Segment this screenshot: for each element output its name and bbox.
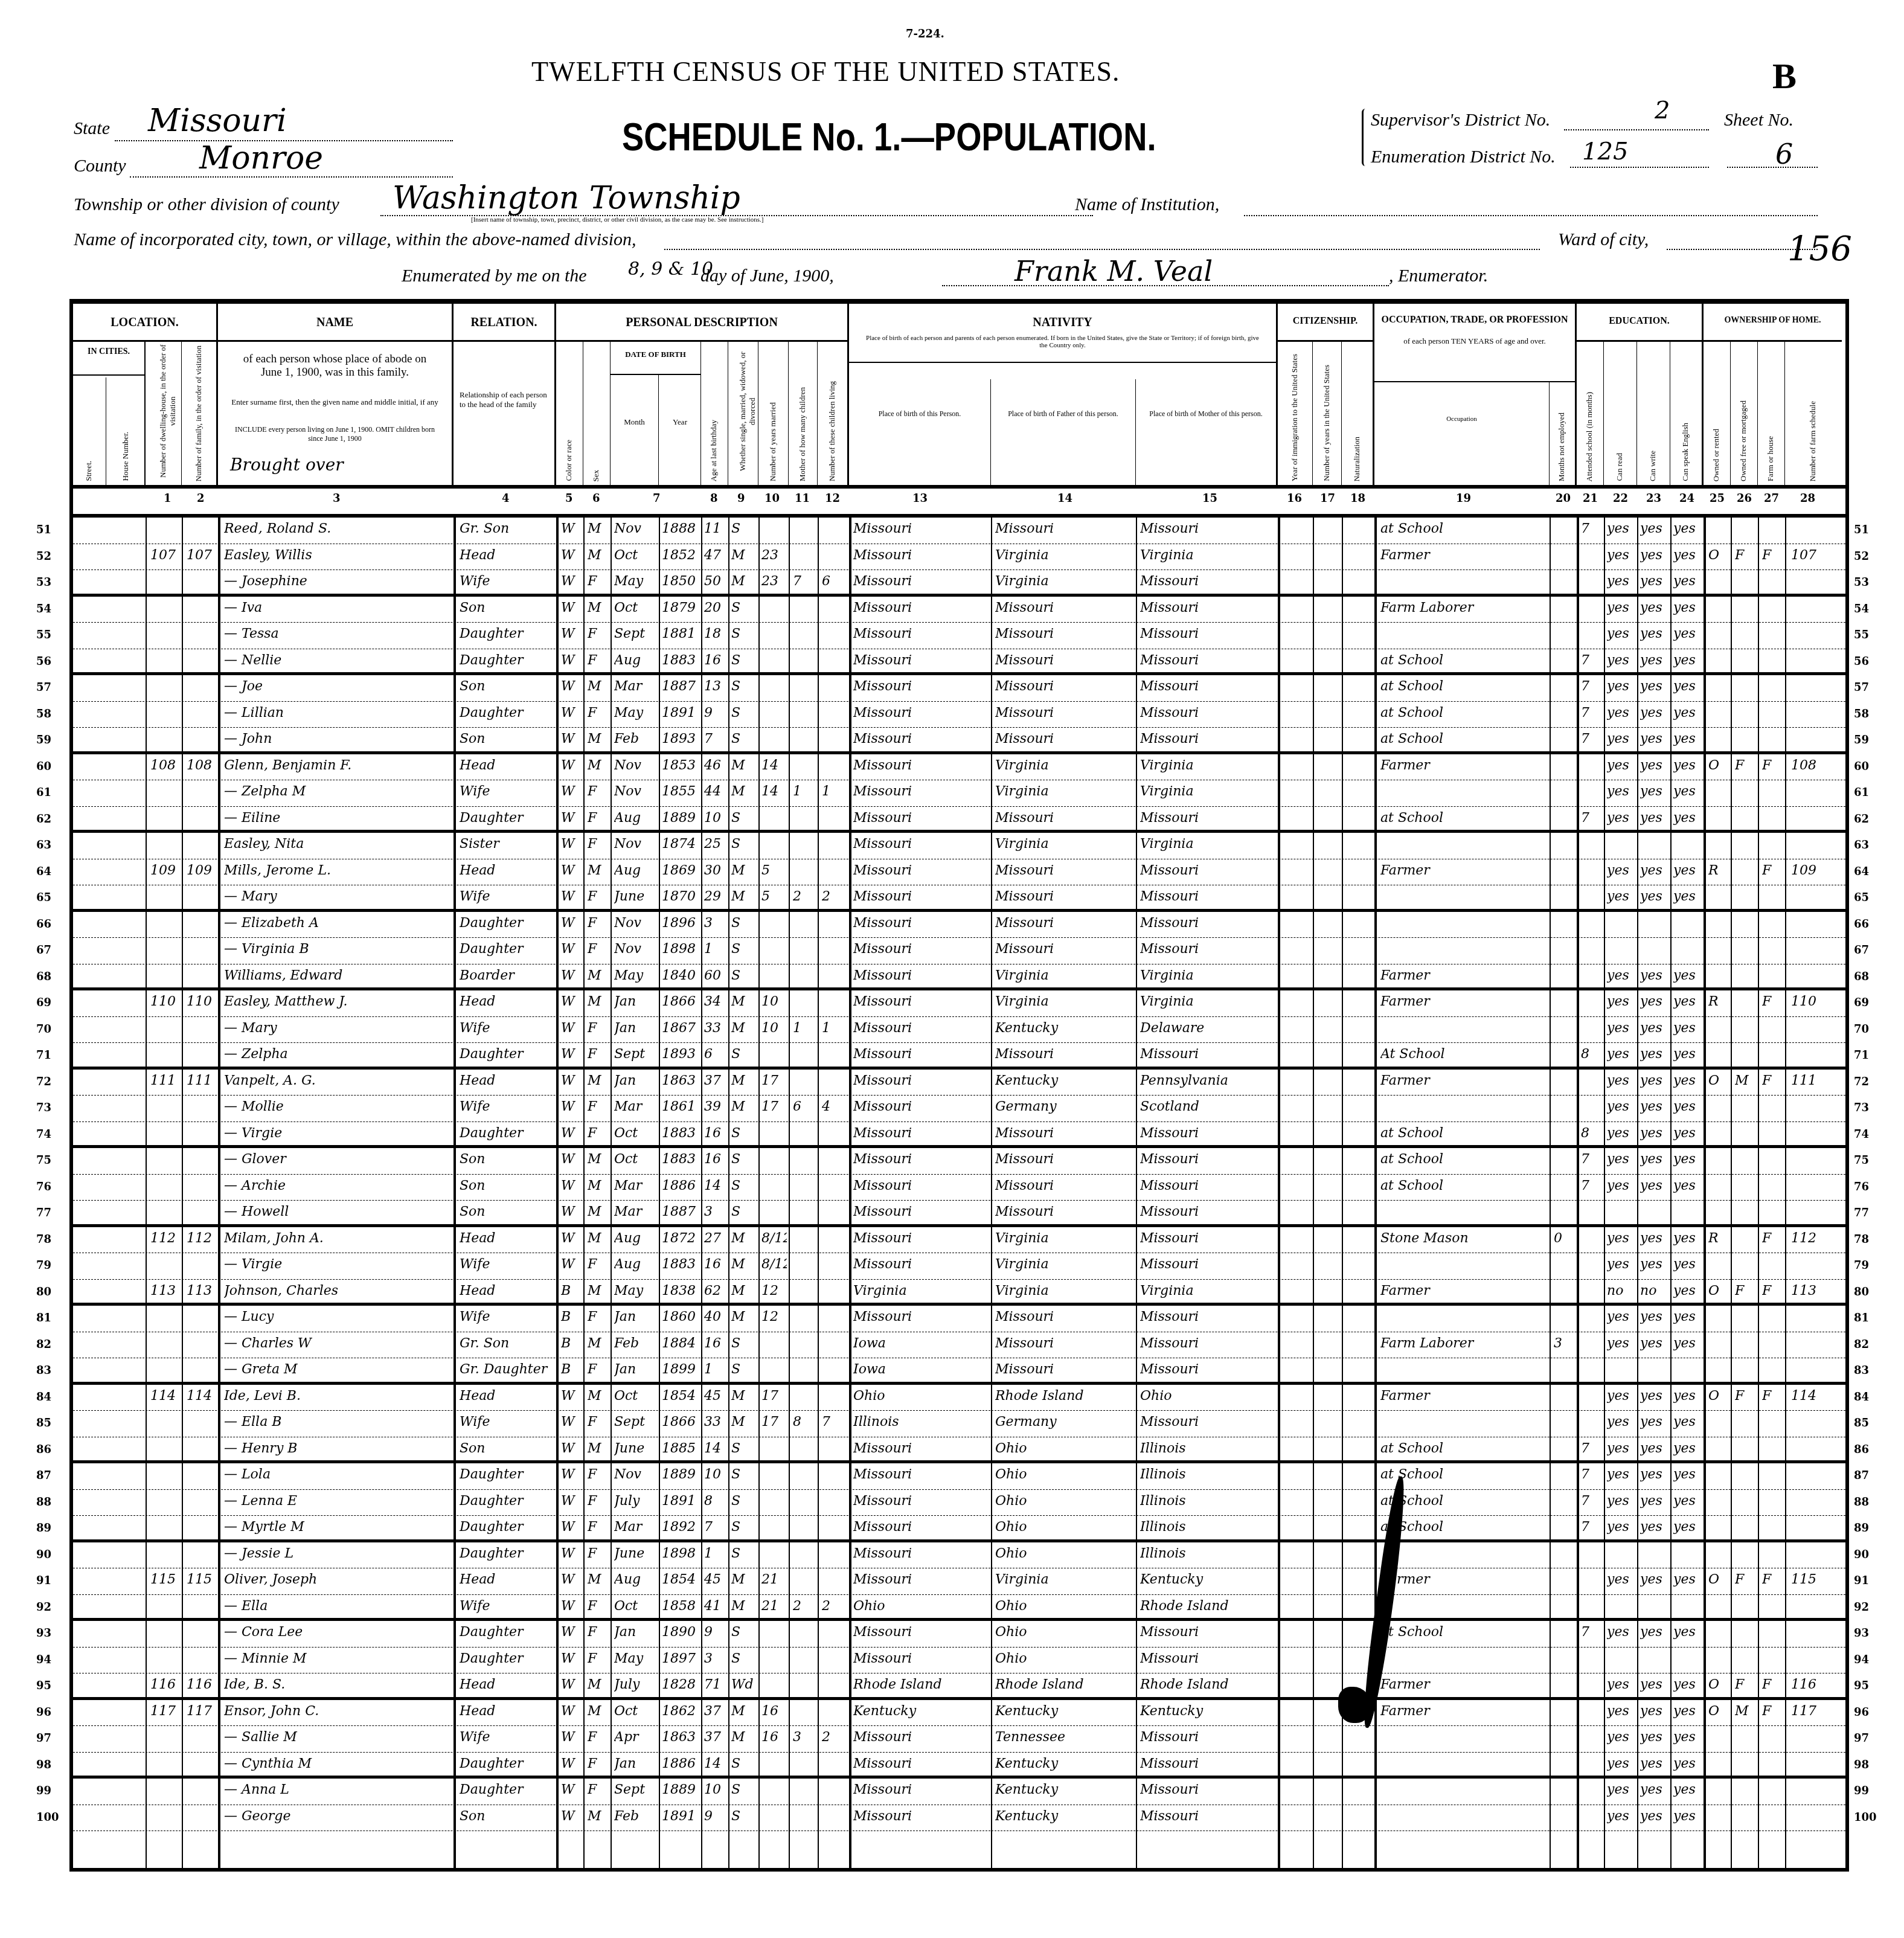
cell-age: 27 (704, 1231, 727, 1246)
cell-dwelling: 112 (150, 1231, 181, 1246)
cell-year: 1863 (662, 1730, 699, 1745)
cell-color: W (561, 1021, 582, 1036)
sheet-line (1727, 167, 1818, 168)
cell-occupation: at School (1380, 705, 1547, 720)
table-row: — VirgieWifeWFAug188316M8/12MissouriVirg… (73, 1253, 1845, 1280)
cell-marital: S (731, 1047, 757, 1062)
cell-pob: Missouri (853, 1756, 989, 1771)
cell-color: W (561, 626, 582, 641)
line-number-right: 97 (1854, 1732, 1869, 1745)
line-number-left: 80 (36, 1286, 51, 1298)
cell-read: yes (1607, 1704, 1636, 1719)
cell-pob-mother: Illinois (1140, 1441, 1276, 1456)
cell-sex: F (588, 626, 609, 641)
cell-pob: Missouri (853, 705, 989, 720)
cell-year: 1898 (662, 942, 699, 957)
line-number-right: 77 (1854, 1207, 1869, 1219)
cell-write: yes (1640, 1809, 1669, 1824)
cell-pob-father: Missouri (995, 1126, 1134, 1141)
cell-school: 7 (1581, 1441, 1602, 1456)
cell-mother-of: 8 (793, 1414, 816, 1429)
cell-age: 11 (704, 521, 727, 536)
cell-pob-father: Tennessee (995, 1730, 1134, 1745)
cell-write: yes (1640, 1625, 1669, 1640)
cell-age: 20 (704, 600, 727, 615)
cell-name: — Zelpha (224, 1047, 450, 1062)
cell-speak: yes (1673, 1152, 1702, 1167)
cell-pob-mother: Illinois (1140, 1494, 1276, 1509)
ward-label: Ward of city, (1558, 229, 1649, 250)
cell-relation: Daughter (460, 1126, 553, 1141)
line-number-right: 69 (1854, 996, 1869, 1009)
cell-year: 1885 (662, 1441, 699, 1456)
cell-school: 7 (1581, 679, 1602, 694)
cell-free: F (1735, 758, 1756, 773)
cell-month: Nov (614, 916, 656, 931)
line-number-right: 99 (1854, 1785, 1869, 1797)
cell-write: yes (1640, 1519, 1669, 1535)
cell-name: — Glover (224, 1152, 450, 1167)
cell-sex: F (588, 810, 609, 826)
cell-farm: F (1762, 1231, 1783, 1246)
line-number-left: 90 (36, 1548, 51, 1561)
cell-marital: M (731, 994, 757, 1009)
table-row: — NellieDaughterWFAug188316SMissouriMiss… (73, 649, 1845, 676)
cell-occupation: at School (1380, 679, 1547, 694)
state-value: Missouri (148, 103, 287, 139)
line-number-left: 52 (36, 550, 51, 563)
line-number-right: 63 (1854, 839, 1869, 852)
table-row: — HowellSonWMMar18873SMissouriMissouriMi… (73, 1201, 1845, 1227)
cell-relation: Daughter (460, 1519, 553, 1535)
cell-relation: Head (460, 758, 553, 773)
cell-name: — George (224, 1809, 450, 1824)
cell-read: yes (1607, 1126, 1636, 1141)
table-row: — Cynthia MDaughterWFJan188614SMissouriK… (73, 1753, 1845, 1779)
cell-pob: Missouri (853, 1730, 989, 1745)
cell-relation: Wife (460, 1021, 553, 1036)
table-row: Reed, Roland S.Gr. SonWMNov188811SMissou… (73, 518, 1845, 544)
cell-pob-mother: Virginia (1140, 836, 1276, 852)
cell-name: Johnson, Charles (224, 1283, 450, 1298)
cell-yrs-married: 17 (761, 1388, 787, 1404)
cell-pob-mother: Ohio (1140, 1388, 1276, 1404)
cell-occupation: Farmer (1380, 994, 1547, 1009)
line-number-right: 98 (1854, 1759, 1869, 1771)
cell-month: Mar (614, 1178, 656, 1193)
cell-color: W (561, 1467, 582, 1482)
cell-color: W (561, 836, 582, 852)
cell-color: W (561, 1414, 582, 1429)
cell-month: May (614, 1651, 656, 1666)
cell-write: yes (1640, 1336, 1669, 1351)
cell-month: Oct (614, 548, 656, 563)
supervisor-value: 2 (1655, 97, 1670, 124)
table-row: — VirgieDaughterWFOct188316SMissouriMiss… (73, 1122, 1845, 1149)
cell-pob: Missouri (853, 1204, 989, 1219)
cell-write: yes (1640, 1073, 1669, 1088)
line-number-right: 93 (1854, 1627, 1869, 1640)
line-number-right: 72 (1854, 1076, 1869, 1088)
cell-pob-mother: Missouri (1140, 916, 1276, 931)
cell-pob-mother: Rhode Island (1140, 1677, 1276, 1692)
cell-pob: Missouri (853, 1625, 989, 1640)
cell-pob-mother: Illinois (1140, 1519, 1276, 1535)
cell-speak: yes (1673, 1099, 1702, 1114)
line-number-right: 82 (1854, 1338, 1869, 1351)
cell-speak: yes (1673, 1388, 1702, 1404)
cell-living: 6 (822, 574, 846, 589)
table-row: 117117Ensor, John C.HeadWMOct186237M16Ke… (73, 1700, 1845, 1727)
cell-pob-father: Kentucky (995, 1756, 1134, 1771)
column-number-row: 1 2 3 4 5 6 7 8 9 10 11 12 13 14 15 16 1… (73, 485, 1845, 518)
cell-yrs-married: 8/12 (761, 1257, 787, 1272)
cell-relation: Gr. Son (460, 521, 553, 536)
cell-sex: F (588, 1257, 609, 1272)
cell-name: — Virgie (224, 1126, 450, 1141)
cell-year: 1881 (662, 626, 699, 641)
cell-pob: Missouri (853, 1099, 989, 1114)
cell-name: Easley, Willis (224, 548, 450, 563)
cell-pob: Missouri (853, 1441, 989, 1456)
cell-school: 7 (1581, 810, 1602, 826)
line-number-left: 72 (36, 1076, 51, 1088)
cell-marital: S (731, 1441, 757, 1456)
cell-write: yes (1640, 1126, 1669, 1141)
cell-pob-mother: Virginia (1140, 548, 1276, 563)
district-brace (1362, 109, 1365, 166)
cell-pob: Missouri (853, 1073, 989, 1088)
cell-color: W (561, 1730, 582, 1745)
table-row: 110110Easley, Matthew J.HeadWMJan186634M… (73, 990, 1845, 1017)
cell-sex: F (588, 705, 609, 720)
cell-year: 1889 (662, 1782, 699, 1797)
line-number-left: 99 (36, 1785, 51, 1797)
cell-color: W (561, 1494, 582, 1509)
cell-yrs-married: 14 (761, 758, 787, 773)
table-row: — TessaDaughterWFSept188118SMissouriMiss… (73, 623, 1845, 649)
sheet-label: Sheet No. (1724, 110, 1793, 130)
cell-read: yes (1607, 1388, 1636, 1404)
cell-pob-father: Rhode Island (995, 1388, 1134, 1404)
cell-sex: M (588, 600, 609, 615)
cell-speak: yes (1673, 705, 1702, 720)
cell-sex: M (588, 1388, 609, 1404)
cell-pob-mother: Missouri (1140, 705, 1276, 720)
cell-year: 1883 (662, 1257, 699, 1272)
cell-occupation: Farmer (1380, 1388, 1547, 1404)
line-number-left: 74 (36, 1128, 51, 1141)
cell-pob-father: Virginia (995, 1231, 1134, 1246)
cell-pob: Iowa (853, 1336, 989, 1351)
line-number-right: 64 (1854, 865, 1869, 878)
cell-pob-mother: Missouri (1140, 1178, 1276, 1193)
cell-pob-father: Missouri (995, 731, 1134, 746)
cell-year: 1863 (662, 1073, 699, 1088)
cell-write: yes (1640, 968, 1669, 983)
cell-family: 109 (187, 863, 217, 878)
table-row: — Cora LeeDaughterWFJan18909SMissouriOhi… (73, 1621, 1845, 1648)
cell-pob-father: Virginia (995, 968, 1134, 983)
line-number-left: 57 (36, 681, 51, 694)
cell-year: 1872 (662, 1231, 699, 1246)
cell-month: Oct (614, 1599, 656, 1614)
cell-age: 10 (704, 1467, 727, 1482)
cell-month: Aug (614, 810, 656, 826)
cell-pob: Missouri (853, 863, 989, 878)
table-row: — Virginia BDaughterWFNov18981SMissouriM… (73, 938, 1845, 964)
cell-write: yes (1640, 653, 1669, 668)
line-number-left: 87 (36, 1469, 51, 1482)
cell-color: W (561, 1441, 582, 1456)
cell-pob: Missouri (853, 731, 989, 746)
line-number-right: 53 (1854, 576, 1869, 589)
cell-age: 3 (704, 1651, 727, 1666)
cell-write: yes (1640, 1388, 1669, 1404)
cell-marital: M (731, 574, 757, 589)
cell-age: 62 (704, 1283, 727, 1298)
cell-pob: Ohio (853, 1599, 989, 1614)
table-row: 111111Vanpelt, A. G.HeadWMJan186337M17Mi… (73, 1070, 1845, 1096)
cell-occupation: Farmer (1380, 1283, 1547, 1298)
cell-speak: yes (1673, 1467, 1702, 1482)
line-number-left: 91 (36, 1574, 51, 1587)
cell-relation: Daughter (460, 1651, 553, 1666)
line-number-right: 58 (1854, 708, 1869, 720)
county-value: Monroe (199, 140, 323, 176)
supervisor-line (1564, 129, 1709, 130)
cell-farm: F (1762, 1073, 1783, 1088)
cell-name: Oliver, Joseph (224, 1572, 450, 1587)
cell-sex: M (588, 1809, 609, 1824)
cell-pob-mother: Missouri (1140, 626, 1276, 641)
cell-read: yes (1607, 1073, 1636, 1088)
table-row: — JoeSonWMMar188713SMissouriMissouriMiss… (73, 675, 1845, 702)
cell-speak: yes (1673, 1677, 1702, 1692)
cell-speak: yes (1673, 1704, 1702, 1719)
cell-free: F (1735, 1572, 1756, 1587)
cell-name: Ide, Levi B. (224, 1388, 450, 1404)
header-occupation: OCCUPATION, TRADE, OR PROFESSION of each… (1374, 304, 1577, 485)
cell-month: Jan (614, 994, 656, 1009)
cell-marital: M (731, 889, 757, 904)
cell-name: — Mary (224, 1021, 450, 1036)
cell-pob-father: Virginia (995, 784, 1134, 799)
cell-year: 1886 (662, 1756, 699, 1771)
line-number-left: 67 (36, 944, 51, 957)
line-number-right: 91 (1854, 1574, 1869, 1587)
cell-month: Oct (614, 600, 656, 615)
table-row: — Minnie MDaughterWFMay18973SMissouriOhi… (73, 1648, 1845, 1674)
cell-pob: Missouri (853, 758, 989, 773)
cell-name: — Charles W (224, 1336, 450, 1351)
cell-occupation: at School (1380, 1126, 1547, 1141)
cell-family: 113 (187, 1283, 217, 1298)
cell-read: yes (1607, 731, 1636, 746)
cell-age: 41 (704, 1599, 727, 1614)
cell-pob-father: Germany (995, 1099, 1134, 1114)
sheet-letter: B (1772, 56, 1797, 97)
cell-yrs-married: 14 (761, 784, 787, 799)
cell-pob-mother: Missouri (1140, 863, 1276, 878)
cell-free: F (1735, 1677, 1756, 1692)
cell-relation: Daughter (460, 653, 553, 668)
table-row: 114114Ide, Levi B.HeadWMOct185445M17Ohio… (73, 1385, 1845, 1411)
line-number-left: 85 (36, 1417, 51, 1429)
cell-pob: Missouri (853, 1126, 989, 1141)
cell-living: 1 (822, 784, 846, 799)
cell-schedule: 116 (1791, 1677, 1839, 1692)
cell-pob: Missouri (853, 810, 989, 826)
table-row: — ZelphaDaughterWFSept18936SMissouriMiss… (73, 1043, 1845, 1070)
cell-relation: Daughter (460, 1047, 553, 1062)
cell-marital: S (731, 1152, 757, 1167)
cell-relation: Wife (460, 1309, 553, 1324)
cell-farm: F (1762, 1388, 1783, 1404)
cell-pob-mother: Scotland (1140, 1099, 1276, 1114)
cell-read: yes (1607, 705, 1636, 720)
cell-sex: F (588, 1494, 609, 1509)
cell-sex: M (588, 758, 609, 773)
cell-marital: S (731, 1336, 757, 1351)
cell-relation: Wife (460, 1257, 553, 1272)
cell-marital: S (731, 1178, 757, 1193)
cell-write: no (1640, 1283, 1669, 1298)
cell-occupation: Farm Laborer (1380, 1336, 1547, 1351)
cell-pob-mother: Missouri (1140, 574, 1276, 589)
cell-relation: Head (460, 548, 553, 563)
cell-schedule: 113 (1791, 1283, 1839, 1298)
header-name: NAME of each person whose place of abode… (218, 304, 454, 485)
cell-speak: yes (1673, 1309, 1702, 1324)
cell-speak: yes (1673, 521, 1702, 536)
cell-living: 4 (822, 1099, 846, 1114)
cell-pob-mother: Missouri (1140, 679, 1276, 694)
cell-pob: Missouri (853, 889, 989, 904)
table-row: — Charles WGr. SonBMFeb188416SIowaMissou… (73, 1332, 1845, 1359)
line-number-left: 78 (36, 1233, 51, 1246)
cell-schedule: 117 (1791, 1704, 1839, 1719)
cell-marital: S (731, 626, 757, 641)
cell-marital: Wd (731, 1677, 757, 1692)
cell-pob-father: Ohio (995, 1625, 1134, 1640)
table-header: LOCATION. IN CITIES. Street. House Numbe… (73, 304, 1845, 489)
cell-name: Ide, B. S. (224, 1677, 450, 1692)
cell-relation: Gr. Son (460, 1336, 553, 1351)
line-number-left: 75 (36, 1154, 51, 1167)
line-number-right: 71 (1854, 1049, 1869, 1062)
cell-read: yes (1607, 1309, 1636, 1324)
cell-relation: Son (460, 1204, 553, 1219)
cell-year: 1890 (662, 1625, 699, 1640)
cell-farm: F (1762, 1677, 1783, 1692)
cell-pob-father: Missouri (995, 1336, 1134, 1351)
table-row: Easley, NitaSisterWFNov187425SMissouriVi… (73, 833, 1845, 859)
cell-family: 108 (187, 758, 217, 773)
cell-name: — Greta M (224, 1362, 450, 1377)
cell-sex: F (588, 574, 609, 589)
cell-mother-of: 2 (793, 1599, 816, 1614)
cell-pob-father: Ohio (995, 1467, 1134, 1482)
cell-read: yes (1607, 1809, 1636, 1824)
cell-month: Nov (614, 1467, 656, 1482)
cell-relation: Wife (460, 784, 553, 799)
cell-name: — Archie (224, 1178, 450, 1193)
cell-read: yes (1607, 1572, 1636, 1587)
cell-age: 10 (704, 1782, 727, 1797)
cell-sex: M (588, 548, 609, 563)
cell-write: yes (1640, 1309, 1669, 1324)
cell-pob-father: Missouri (995, 1047, 1134, 1062)
cell-speak: yes (1673, 1494, 1702, 1509)
cell-read: yes (1607, 600, 1636, 615)
header-personal-description: PERSONAL DESCRIPTION Color or race Sex D… (556, 304, 849, 485)
cell-name: — Ella (224, 1599, 450, 1614)
cell-year: 1889 (662, 810, 699, 826)
line-number-right: 65 (1854, 891, 1869, 904)
line-number-left: 51 (36, 524, 51, 536)
cell-write: yes (1640, 574, 1669, 589)
table-row: — Zelpha MWifeWFNov185544M1411MissouriVi… (73, 780, 1845, 807)
cell-pob-father: Virginia (995, 836, 1134, 852)
cell-month: Aug (614, 1231, 656, 1246)
cell-relation: Gr. Daughter (460, 1362, 553, 1377)
cell-read: yes (1607, 1677, 1636, 1692)
cell-farm: F (1762, 1283, 1783, 1298)
cell-year: 1838 (662, 1283, 699, 1298)
cell-marital: M (731, 1730, 757, 1745)
line-number-right: 68 (1854, 971, 1869, 983)
cell-pob-mother: Missouri (1140, 1309, 1276, 1324)
cell-marital: S (731, 1126, 757, 1141)
cell-owned: R (1708, 1231, 1729, 1246)
cell-pob: Missouri (853, 784, 989, 799)
cell-speak: yes (1673, 1257, 1702, 1272)
cell-age: 14 (704, 1178, 727, 1193)
cell-pob-father: Missouri (995, 626, 1134, 641)
cell-living: 1 (822, 1021, 846, 1036)
cell-speak: yes (1673, 1336, 1702, 1351)
cell-sex: M (588, 731, 609, 746)
institution-label: Name of Institution, (1075, 194, 1219, 215)
cell-pob-father: Kentucky (995, 1073, 1134, 1088)
cell-write: yes (1640, 994, 1669, 1009)
cell-yrs-married: 21 (761, 1572, 787, 1587)
cell-name: — Iva (224, 600, 450, 615)
cell-marital: M (731, 1099, 757, 1114)
table-row: — Lenna EDaughterWFJuly18918SMissouriOhi… (73, 1490, 1845, 1516)
cell-speak: yes (1673, 1047, 1702, 1062)
cell-sex: F (588, 1730, 609, 1745)
cell-dwelling: 115 (150, 1572, 181, 1587)
cell-name: — Tessa (224, 626, 450, 641)
cell-age: 39 (704, 1099, 727, 1114)
cell-school: 7 (1581, 1494, 1602, 1509)
cell-sex: F (588, 1782, 609, 1797)
line-number-right: 83 (1854, 1364, 1869, 1377)
line-number-right: 60 (1854, 760, 1869, 773)
cell-pob-father: Kentucky (995, 1782, 1134, 1797)
cell-yrs-married: 16 (761, 1730, 787, 1745)
table-row: 112112Milam, John A.HeadWMAug187227M8/12… (73, 1227, 1845, 1254)
line-number-right: 88 (1854, 1496, 1869, 1509)
cell-year: 1883 (662, 1126, 699, 1141)
cell-write: yes (1640, 1231, 1669, 1246)
cell-age: 71 (704, 1677, 727, 1692)
line-number-left: 81 (36, 1312, 51, 1324)
cell-marital: M (731, 758, 757, 773)
cell-marital: S (731, 653, 757, 668)
